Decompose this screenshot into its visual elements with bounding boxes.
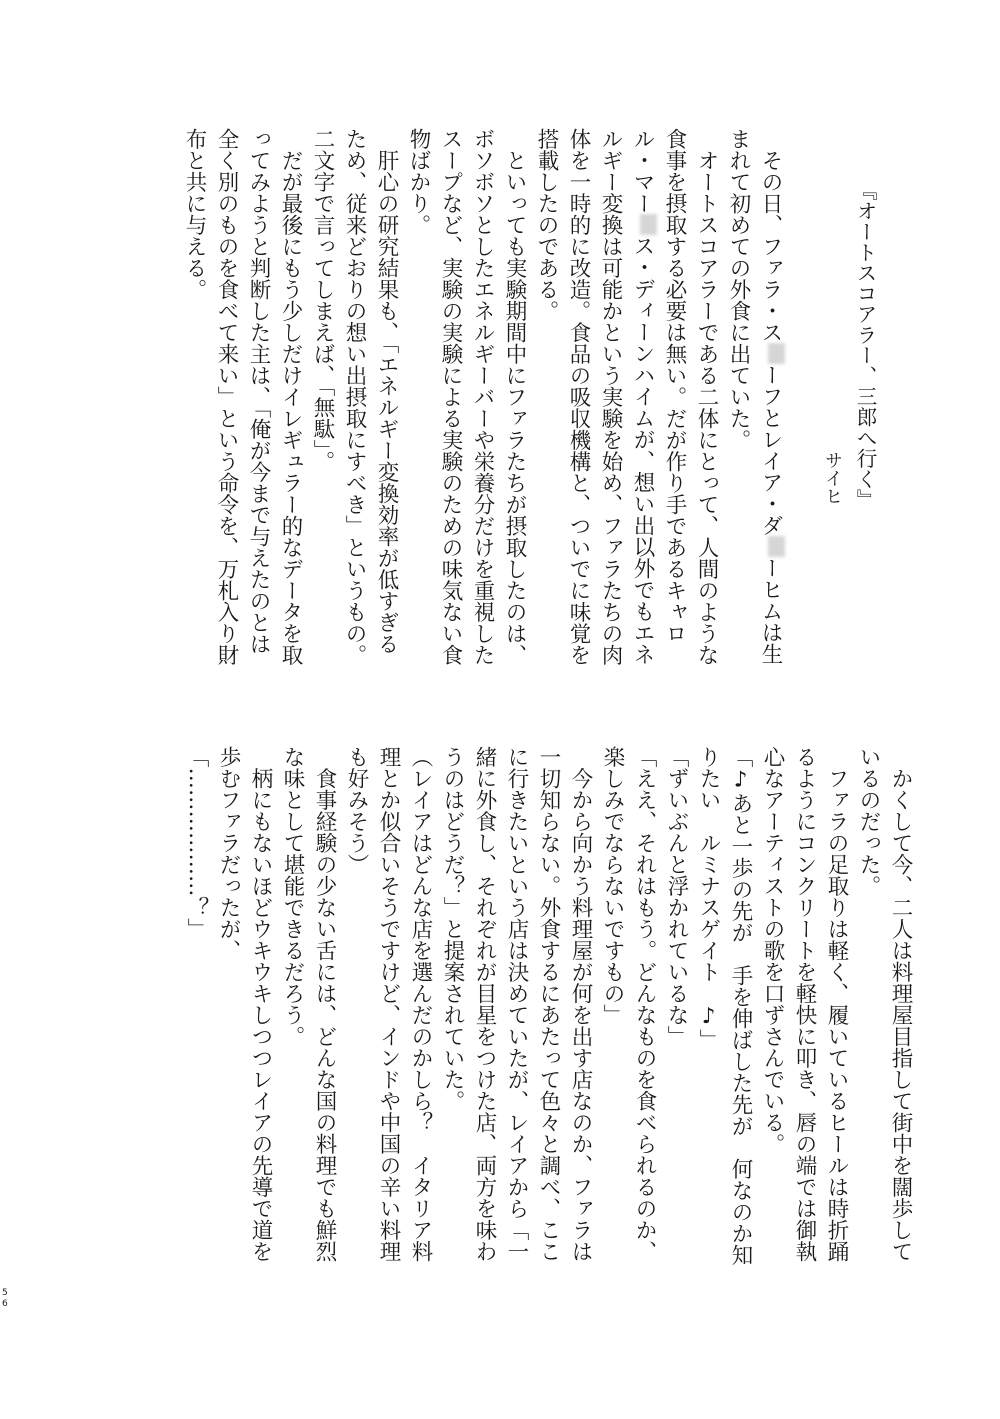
text-column: 肝心の研究結果も、「エネルギー変換効率が低すぎる <box>370 128 402 673</box>
page-number-digit: 6 <box>2 1299 8 1310</box>
text-column: まれて初めての外食に出ていた。 <box>722 128 754 673</box>
upper-text-block: その日、ファラ・スーフとレイア・ダーヒムは生 まれて初めての外食に出ていた。 オ… <box>178 128 786 673</box>
text-column: 食事を摂取する必要は無い。だが作り手であるキャロ <box>658 128 690 673</box>
text-segment: ーフとレイア・ダ <box>758 364 783 536</box>
text-column: ルギー変換は可能かという実験を始め、ファラたちの肉 <box>594 128 626 673</box>
text-segment: ス・ディーンハイムが、想い出以外でもエネ <box>630 235 655 665</box>
text-column: いるのだった。 <box>852 746 884 1291</box>
text-column: 搭載したのである。 <box>530 128 562 673</box>
text-column: 緒に外食し、それぞれが目星をつけた店、両方を味わ <box>468 746 500 1291</box>
text-column: 楽しみでならないですもの」 <box>596 746 628 1291</box>
text-column: に行きたいという店は決めていたが、レイアから「一 <box>500 746 532 1291</box>
text-column: 今から向かう料理屋が何を出す店なのか、ファラは <box>564 746 596 1291</box>
text-column: 「ずいぶんと浮かれているな」 <box>660 746 692 1291</box>
text-column: 物ばかり。 <box>402 128 434 673</box>
text-column: スープなど、実験の実験による実験のための味気ない食 <box>434 128 466 673</box>
text-column: も好みそう） <box>340 746 372 1291</box>
text-column: 布と共に与える。 <box>178 128 210 673</box>
text-segment: ル・マー <box>630 128 655 214</box>
redacted-name-blur <box>768 536 785 557</box>
text-column: うのはどうだ？」と提案されていた。 <box>436 746 468 1291</box>
text-column: ボソボソとしたエネルギーバーや栄養分だけを重視した <box>466 128 498 673</box>
text-column: （レイアはどんな店を選んだのかしら？ イタリア料 <box>404 746 436 1291</box>
text-column: ってみようと判断した主は、「俺が今まで与えたのとは <box>242 128 274 673</box>
text-column: 「ええ、それはもう。どんなものを食べられるのか、 <box>628 746 660 1291</box>
lower-text-block: かくして今、二人は料理屋目指して街中を闊歩して いるのだった。 ファラの足取りは… <box>180 746 916 1291</box>
author-name: サイヒ <box>817 451 847 505</box>
redacted-name-blur <box>768 343 785 364</box>
text-column: りたい ルミナスゲイト ♪」 <box>692 746 724 1291</box>
text-column: 「♪あと一歩の先が 手を伸ばした先が 何なのか知 <box>724 746 756 1291</box>
text-column: 柄にもないほどウキウキしつつレイアの先導で道を <box>244 746 276 1291</box>
text-column: ファラの足取りは軽く、履いているヒールは時折踊 <box>820 746 852 1291</box>
text-column: 全く別のものを食べて来い」という命令を、万札入り財 <box>210 128 242 673</box>
text-column: 「………………？」 <box>180 746 212 1291</box>
text-column: 理とか似合いそうですけど、インドや中国の辛い料理 <box>372 746 404 1291</box>
text-column: 食事経験の少ない舌には、どんな国の料理でも鮮烈 <box>308 746 340 1291</box>
text-column: 体を一時的に改造。食品の吸収機構と、ついでに味覚を <box>562 128 594 673</box>
page-number-digit: 5 <box>2 1288 8 1299</box>
text-column: ル・マース・ディーンハイムが、想い出以外でもエネ <box>626 128 658 673</box>
text-column: 心なアーティストの歌を口ずさんでいる。 <box>756 746 788 1291</box>
story-title: 『オートスコアラー、三郎へ行く』 <box>849 180 881 510</box>
document-page: 『オートスコアラー、三郎へ行く』 サイヒ その日、ファラ・スーフとレイア・ダーヒ… <box>0 0 1000 1419</box>
text-column: その日、ファラ・スーフとレイア・ダーヒムは生 <box>754 128 786 673</box>
text-column: かくして今、二人は料理屋目指して街中を闊歩して <box>884 746 916 1291</box>
text-segment: ーヒムは生 <box>758 557 783 665</box>
text-column: といっても実験期間中にファラたちが摂取したのは、 <box>498 128 530 673</box>
text-column: るようにコンクリートを軽快に叩き、唇の端では御執 <box>788 746 820 1291</box>
text-column: オートスコアラーである二体にとって、人間のような <box>690 128 722 673</box>
text-column: ため、従来どおりの想い出摂取にすべき」というもの。 <box>338 128 370 673</box>
text-column: 二文字で言ってしまえば、「無駄」。 <box>306 128 338 673</box>
text-column: 歩むファラだったが、 <box>212 746 244 1291</box>
text-column: な味として堪能できるだろう。 <box>276 746 308 1291</box>
text-column: 一切知らない。外食するにあたって色々と調べ、ここ <box>532 746 564 1291</box>
page-number: 5 6 <box>2 1288 8 1310</box>
text-segment: その日、ファラ・ス <box>758 128 783 343</box>
redacted-name-blur <box>640 214 657 235</box>
text-column: だが最後にもう少しだけイレギュラー的なデータを取 <box>274 128 306 673</box>
